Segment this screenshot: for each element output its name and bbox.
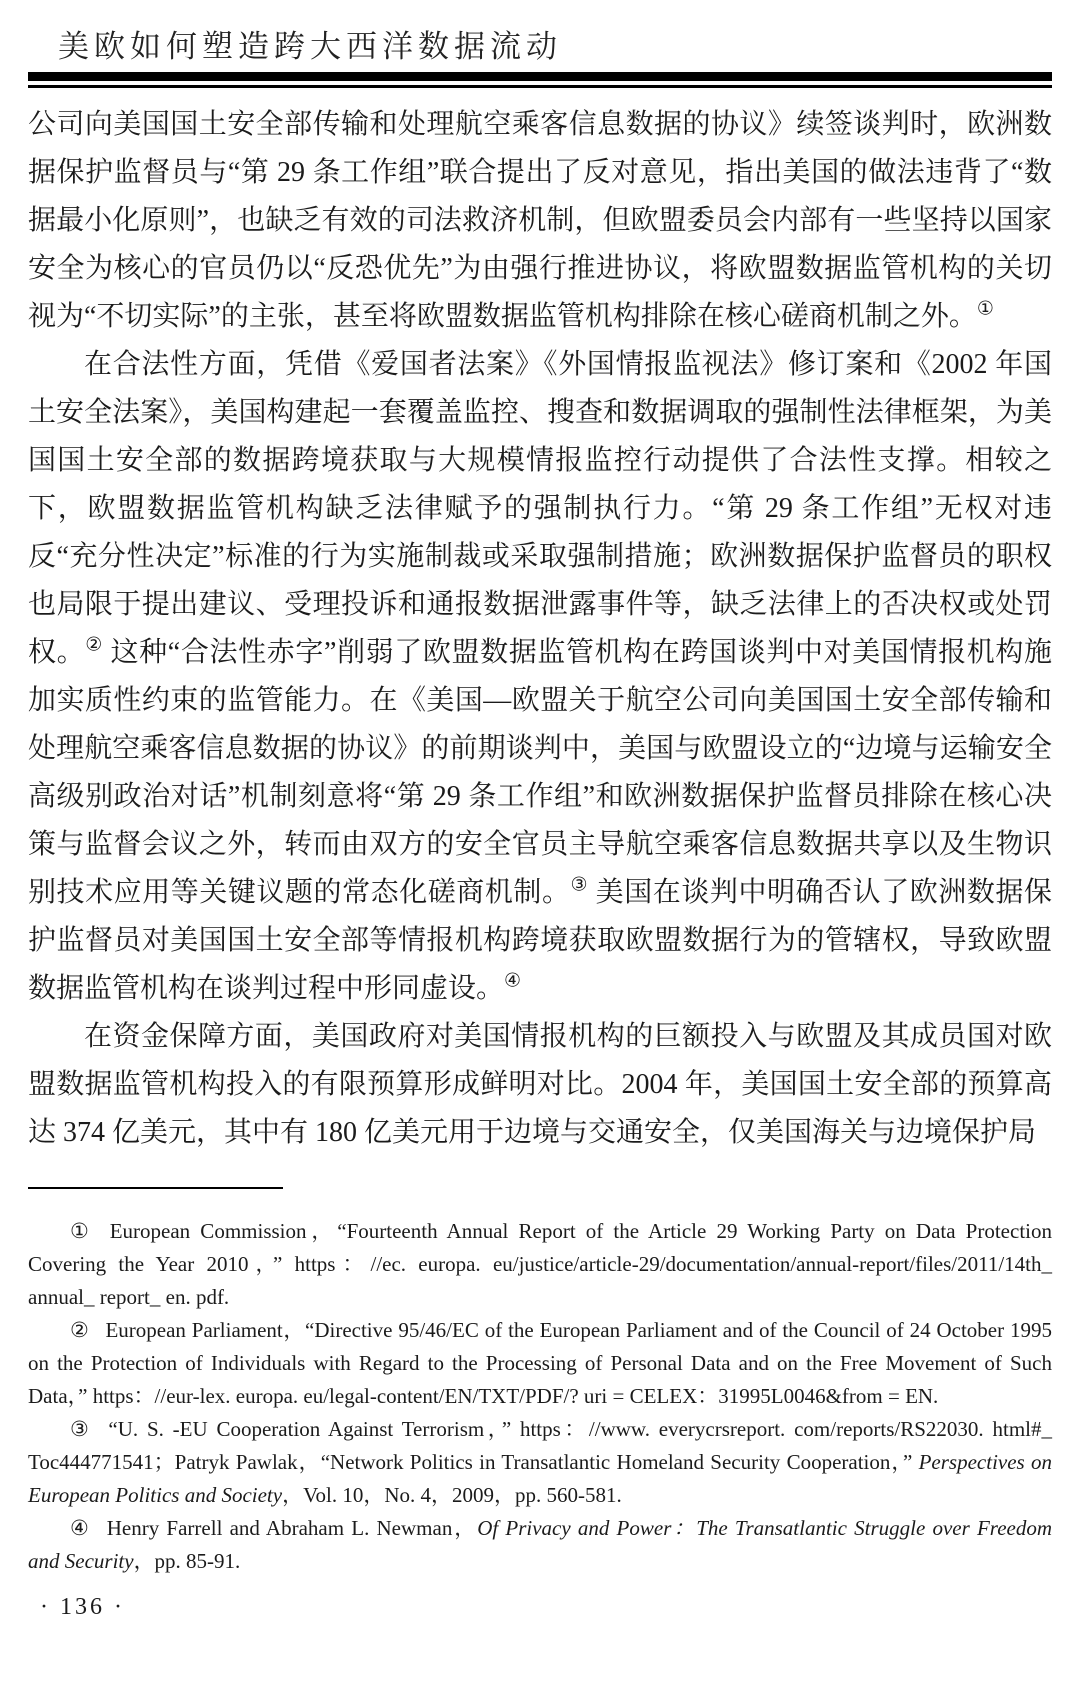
running-title: 美欧如何塑造跨大西洋数据流动 [28,0,1052,66]
document-page: 美欧如何塑造跨大西洋数据流动 公司向美国国土安全部传输和处理航空乘客信息数据的协… [0,0,1080,1689]
footnote-ref-1: ① [977,299,994,320]
footnote-3-marker: ③ [70,1417,92,1441]
header-rule-thin [28,85,1052,88]
body-text: 公司向美国国土安全部传输和处理航空乘客信息数据的协议》续签谈判时，欧洲数据保护监… [28,101,1052,1157]
paragraph-3-text: 在资金保障方面，美国政府对美国情报机构的巨额投入与欧盟及其成员国对欧盟数据监管机… [28,1021,1052,1148]
footnote-ref-3: ③ [571,875,589,896]
paragraph-2-text-a: 在合法性方面，凭借《爱国者法案》《外国情报监视法》修订案和《2002 年国土安全… [28,349,1052,668]
page-number: · 136 · [28,1594,1052,1621]
paragraph-2-text-b: 这种“合法性赤字”削弱了欧盟数据监管机构在跨国谈判中对美国情报机构施加实质性约束… [28,637,1052,908]
paragraph-1: 公司向美国国土安全部传输和处理航空乘客信息数据的协议》续签谈判时，欧洲数据保护监… [28,101,1052,341]
footnotes: ①European Commission，“Fourteenth Annual … [28,1215,1052,1578]
footnote-1-marker: ① [70,1219,94,1243]
page-footer: ①European Commission，“Fourteenth Annual … [28,1187,1052,1621]
footnote-4: ④Henry Farrell and Abraham L. Newman，Of … [28,1512,1052,1578]
footnote-separator [28,1187,283,1189]
paragraph-1-text: 公司向美国国土安全部传输和处理航空乘客信息数据的协议》续签谈判时，欧洲数据保护监… [28,109,1052,332]
footnote-3: ③“U. S. -EU Cooperation Against Terroris… [28,1413,1052,1512]
footnote-4-text-b: ，pp. 85-91. [134,1549,241,1573]
footnote-4-text-a: Henry Farrell and Abraham L. Newman， [107,1516,477,1540]
footnote-ref-4: ④ [504,971,521,992]
footnote-1-text: European Commission，“Fourteenth Annual R… [28,1219,1052,1309]
footnote-1: ①European Commission，“Fourteenth Annual … [28,1215,1052,1314]
page-header: 美欧如何塑造跨大西洋数据流动 [28,0,1052,88]
footnote-ref-2: ② [85,635,103,656]
footnote-3-text-a: “U. S. -EU Cooperation Against Terrorism… [28,1417,1052,1474]
footnote-4-marker: ④ [70,1516,91,1540]
footnote-2: ②European Parliament，“Directive 95/46/EC… [28,1314,1052,1413]
footnote-2-marker: ② [70,1318,89,1342]
paragraph-2: 在合法性方面，凭借《爱国者法案》《外国情报监视法》修订案和《2002 年国土安全… [28,341,1052,1013]
paragraph-3: 在资金保障方面，美国政府对美国情报机构的巨额投入与欧盟及其成员国对欧盟数据监管机… [28,1013,1052,1157]
footnote-3-text-b: ，Vol. 10，No. 4，2009，pp. 560-581. [282,1483,622,1507]
header-rule-thick [28,72,1052,81]
footnote-2-text: European Parliament，“Directive 95/46/EC … [28,1318,1052,1408]
